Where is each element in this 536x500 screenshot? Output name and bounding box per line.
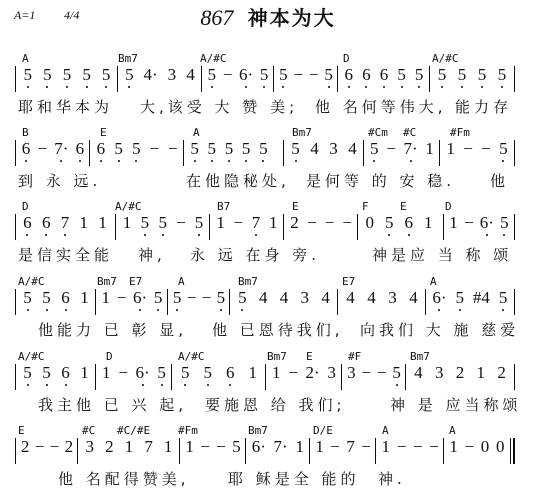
measure: 655−−	[92, 138, 182, 166]
note: 4	[367, 287, 376, 309]
note-row: 66711155−51−712−−−05611−6·5	[0, 212, 536, 242]
note: −	[118, 362, 128, 384]
note: 1	[315, 436, 324, 458]
barline	[229, 289, 230, 315]
measure: 155−5	[118, 212, 208, 240]
measure: 0561	[360, 212, 438, 240]
note: −	[413, 436, 423, 458]
note: 0	[496, 436, 505, 458]
note: 1	[269, 212, 278, 234]
lyric-row: 他能力 已 彰 显,他 已恩待我们,向我们 大 施 慈爱	[0, 319, 536, 343]
note: 5	[62, 64, 71, 86]
measure: 5561	[174, 362, 264, 390]
note: 1	[216, 212, 225, 234]
lyric-text: 到 永 远.	[18, 170, 101, 191]
score-line: ABm7A/#CDA/#C5555554·345−6·55−−566655555…	[0, 52, 536, 127]
barline	[95, 289, 96, 315]
note: 5	[385, 212, 394, 234]
note: 5	[324, 64, 333, 86]
note: 5	[140, 212, 149, 234]
note: 5	[114, 138, 123, 160]
note: −	[223, 64, 233, 86]
score-line: DA/#CB7EFED66711155−51−712−−−05611−6·5是信…	[0, 200, 536, 275]
note: 5	[82, 64, 91, 86]
note: 2	[105, 436, 114, 458]
barline	[115, 214, 116, 240]
note: −	[325, 212, 335, 234]
note-row: 55611−6·555611−2·33−−543212	[0, 362, 536, 392]
song-title: 867 神本为大	[0, 2, 536, 31]
lyric-text: 他能力 已 彰 显,	[38, 319, 187, 340]
note: 7	[346, 436, 355, 458]
score-line: A/#CBm7E7ABm7E7A55611−6·55−−55443444346·…	[0, 275, 536, 350]
song-name: 神本为大	[248, 6, 336, 30]
measure: 5561	[18, 287, 94, 315]
barline	[89, 140, 90, 166]
note: 6	[42, 212, 51, 234]
barline	[15, 214, 16, 240]
note: −	[200, 436, 210, 458]
note: 1	[98, 212, 107, 234]
note: 5	[132, 138, 141, 160]
note: 6	[75, 138, 84, 160]
barline	[337, 66, 338, 92]
note: 5	[279, 64, 288, 86]
note: −	[463, 138, 473, 160]
barline	[15, 66, 16, 92]
lyric-text: 耶和华本为	[18, 96, 113, 117]
note: −	[481, 138, 491, 160]
lyric-text: 他	[490, 170, 509, 191]
note: 2	[455, 362, 464, 384]
note: 6	[344, 64, 353, 86]
note: −	[309, 64, 319, 86]
note: 5	[154, 287, 163, 309]
barline	[201, 66, 202, 92]
note: 5	[203, 362, 212, 384]
note: 7	[144, 436, 153, 458]
note: 3	[85, 436, 94, 458]
note: 3	[167, 64, 176, 86]
note: −	[38, 138, 48, 160]
barline	[167, 289, 168, 315]
barline	[77, 438, 78, 464]
note: 5	[478, 64, 487, 86]
note: −	[35, 436, 45, 458]
note: −	[464, 212, 474, 234]
measure: 1−−−	[378, 436, 442, 464]
song-number: 867	[200, 5, 233, 30]
score-line: BEABm7#Cm#C#Fm6−7·6655−−5555554345−7·11−…	[0, 126, 536, 201]
note: 7·	[403, 138, 417, 160]
measure: 55555	[18, 64, 116, 92]
note: 2	[21, 436, 30, 458]
note: 5	[43, 64, 52, 86]
note: 5	[500, 212, 509, 234]
measure: 3−−5	[344, 362, 404, 390]
note: 5	[392, 362, 401, 384]
barline	[514, 289, 515, 315]
note: 5	[232, 436, 241, 458]
measure: 1−−5	[442, 138, 512, 166]
barline	[209, 214, 210, 240]
barline	[309, 438, 310, 464]
note: 1	[449, 436, 458, 458]
note: 4	[346, 287, 355, 309]
note: 5	[397, 64, 406, 86]
measure: 5555	[432, 64, 512, 92]
note: 7	[60, 212, 69, 234]
note: 4	[409, 287, 418, 309]
measure: 1−00	[446, 436, 508, 464]
barline	[443, 438, 444, 464]
note: 2·	[305, 362, 319, 384]
measure: 1−2·3	[268, 362, 340, 390]
barline	[15, 364, 16, 390]
lyric-text: 大,该受 大 赞 美;	[140, 96, 298, 117]
measure: 4434	[340, 287, 424, 315]
note: −	[187, 287, 197, 309]
note: 5	[23, 287, 32, 309]
lyric-text: 是信实全能	[18, 244, 113, 265]
barline	[183, 140, 184, 166]
measure: 5561	[18, 362, 94, 390]
note: 6·	[432, 287, 446, 309]
barline	[117, 66, 118, 92]
lyric-text: 他 已恩待我们,	[212, 319, 344, 340]
note: 5	[260, 64, 269, 86]
note: 1	[449, 212, 458, 234]
measure: 5−7·1	[366, 138, 438, 166]
barline	[405, 364, 406, 390]
final-barline	[510, 438, 515, 464]
barline	[429, 66, 430, 92]
note: −	[342, 212, 352, 234]
score-line: A/#CDA/#CBm7E#FBm755611−6·555611−2·33−−5…	[0, 350, 536, 425]
lyric-text: 神,	[138, 244, 166, 265]
barline	[439, 140, 440, 166]
note: 7·	[273, 436, 287, 458]
note-row: 6−7·6655−−5555554345−7·11−−5	[0, 138, 536, 168]
note: −	[176, 212, 186, 234]
note: 5	[158, 212, 167, 234]
measure: 66655	[340, 64, 428, 92]
note: 5	[157, 362, 166, 384]
note: 5	[370, 138, 379, 160]
note: −	[117, 287, 127, 309]
note: −	[377, 362, 387, 384]
note: 7·	[54, 138, 68, 160]
barline	[514, 214, 515, 240]
note: 6	[404, 212, 413, 234]
note: 1	[248, 362, 257, 384]
note: −	[361, 436, 371, 458]
lyric-text: 神.	[378, 468, 406, 489]
barline	[265, 364, 266, 390]
lyric-text: 向我们 大 施 慈爱	[360, 319, 519, 340]
note: 6	[362, 64, 371, 86]
measure: 66711	[18, 212, 112, 240]
lyric-text: 永 远 在身 旁.	[190, 244, 320, 265]
note: 5	[181, 362, 190, 384]
measure: 54434	[232, 287, 336, 315]
measure: 55555	[186, 138, 272, 166]
note: 5	[238, 287, 247, 309]
lyric-text: 我主他 已 兴 起,	[38, 394, 187, 415]
note: 3	[435, 362, 444, 384]
note: 5	[195, 212, 204, 234]
barline	[375, 438, 376, 464]
barline	[341, 364, 342, 390]
note: 1	[80, 287, 89, 309]
barline	[15, 438, 16, 464]
lyric-row: 我主他 已 兴 起,要施恩 给 我们;神 是 应当称颂	[0, 394, 536, 418]
note: 4	[310, 138, 319, 160]
note: 1	[79, 212, 88, 234]
note: −	[386, 138, 396, 160]
measure: 1−6·5	[98, 362, 170, 390]
lyric-text: 他 名何等伟大,	[315, 96, 447, 117]
barline	[283, 140, 284, 166]
note: 5	[42, 287, 51, 309]
lyric-row: 是信实全能神,永 远 在身 旁.神是应 当 称 颂	[0, 244, 536, 268]
note: −	[362, 362, 372, 384]
note-row: 2−−2321711−−56·7·11−7−1−−−1−00	[0, 436, 536, 466]
note: 6	[96, 138, 105, 160]
measure: 1−6·5	[98, 287, 166, 315]
barline	[363, 140, 364, 166]
note-row: 55611−6·55−−55443444346·5#45	[0, 287, 536, 317]
note: −	[330, 436, 340, 458]
measure: 54·34	[120, 64, 200, 92]
note: 4	[186, 64, 195, 86]
barline	[357, 214, 358, 240]
note: 4·	[144, 64, 158, 86]
lyric-text: 是何等 的 安 稳.	[306, 170, 455, 191]
note: 5	[207, 64, 216, 86]
note: 5	[499, 287, 508, 309]
note: −	[234, 212, 244, 234]
note: 1	[424, 212, 433, 234]
note: 5	[458, 64, 467, 86]
note: 2	[290, 212, 299, 234]
note: 1	[381, 436, 390, 458]
note: 1	[124, 436, 133, 458]
note: 2	[497, 362, 506, 384]
note: 5	[23, 64, 32, 86]
barline	[283, 214, 284, 240]
note: 6	[22, 138, 31, 160]
measure: 5−−5	[170, 287, 228, 315]
measure: 5434	[286, 138, 362, 166]
note: 1	[164, 436, 173, 458]
note: 1	[122, 212, 131, 234]
lyric-row: 到 永 远.在他隐秘处,是何等 的 安 稳.他	[0, 170, 536, 194]
barline	[95, 364, 96, 390]
score-line: E#C#C/#E#FmBm7D/EAA2−−2321711−−56·7·11−7…	[0, 424, 536, 499]
lyric-text: 他 名配得赞美,	[58, 468, 190, 489]
note: 7	[251, 212, 260, 234]
note: 5	[291, 138, 300, 160]
measure: 6·5#45	[428, 287, 512, 315]
measure: 6−7·6	[18, 138, 88, 166]
measure: 1−71	[212, 212, 282, 240]
note: 5	[23, 362, 32, 384]
note: 5	[102, 64, 111, 86]
note: 4	[321, 287, 330, 309]
barline	[514, 364, 515, 390]
note: 4	[414, 362, 423, 384]
lyric-text: 耶 稣是全 能的	[228, 468, 360, 489]
note: 5	[455, 287, 464, 309]
note: 1	[295, 436, 304, 458]
note: 1	[272, 362, 281, 384]
note: 5	[224, 138, 233, 160]
note: 5	[259, 138, 268, 160]
note: 3	[327, 362, 336, 384]
note: 6·	[480, 212, 494, 234]
note: 5	[415, 64, 424, 86]
note: 4	[348, 138, 357, 160]
note: 6	[226, 362, 235, 384]
measure: 6·7·1	[248, 436, 308, 464]
note: 5	[42, 362, 51, 384]
note: 5	[499, 138, 508, 160]
note: 3	[347, 362, 356, 384]
note: 6	[61, 362, 70, 384]
barline	[337, 289, 338, 315]
note: 3	[300, 287, 309, 309]
note: 1	[80, 362, 89, 384]
note: −	[288, 362, 298, 384]
note: 4	[279, 287, 288, 309]
barline	[273, 66, 274, 92]
note: 5	[190, 138, 199, 160]
note: 0	[480, 436, 489, 458]
note: −	[50, 436, 60, 458]
note: 1	[101, 287, 110, 309]
barline	[179, 438, 180, 464]
measure: 5−−5	[276, 64, 336, 92]
note: 6	[379, 64, 388, 86]
note: 6·	[239, 64, 253, 86]
note: 0	[365, 212, 374, 234]
barline	[514, 140, 515, 166]
note: 5	[498, 64, 507, 86]
note: −	[294, 64, 304, 86]
note: 6	[23, 212, 32, 234]
note: 1	[476, 362, 485, 384]
note-row: 5555554·345−6·55−−5666555555	[0, 64, 536, 94]
note: 6·	[133, 287, 147, 309]
note: −	[429, 436, 439, 458]
note: −	[216, 436, 226, 458]
measure: 43212	[408, 362, 512, 390]
measure: 32171	[80, 436, 178, 464]
lyric-text: 在他隐秘处,	[186, 170, 290, 191]
measure: 1−−5	[182, 436, 244, 464]
measure: 2−−−	[286, 212, 356, 240]
note: 6·	[252, 436, 266, 458]
note: 1	[425, 138, 434, 160]
note: 2	[64, 436, 73, 458]
note: −	[168, 138, 178, 160]
barline	[171, 364, 172, 390]
measure: 1−7−	[312, 436, 374, 464]
note: 3	[329, 138, 338, 160]
note: 1	[102, 362, 111, 384]
barline	[245, 438, 246, 464]
note: 5	[216, 287, 225, 309]
lyric-text: 神是应 当 称 颂	[372, 244, 512, 265]
measure: 5−6·5	[204, 64, 272, 92]
lyric-text: 神 是 应当称颂	[390, 394, 522, 415]
barline	[514, 66, 515, 92]
note: 6	[61, 287, 70, 309]
note: 5	[438, 64, 447, 86]
barline	[425, 289, 426, 315]
note: 1	[446, 138, 455, 160]
note: 5	[125, 64, 134, 86]
barline	[15, 140, 16, 166]
note: 6·	[135, 362, 149, 384]
lyric-row: 耶和华本为大,该受 大 赞 美;他 名何等伟大,能力存	[0, 96, 536, 120]
note: −	[307, 212, 317, 234]
note: 5	[242, 138, 251, 160]
note: −	[465, 436, 475, 458]
barline	[443, 214, 444, 240]
note: 3	[388, 287, 397, 309]
note: #4	[473, 287, 490, 309]
note: 5	[173, 287, 182, 309]
lyric-row: 他 名配得赞美,耶 稣是全 能的神.	[0, 468, 536, 492]
note: −	[150, 138, 160, 160]
measure: 1−6·5	[446, 212, 512, 240]
barline	[15, 289, 16, 315]
measure: 2−−2	[18, 436, 76, 464]
lyric-text: 能力存	[455, 96, 512, 117]
note: −	[202, 287, 212, 309]
note: 4	[259, 287, 268, 309]
note: −	[397, 436, 407, 458]
lyric-text: 要施恩 给 我们;	[205, 394, 346, 415]
note: 5	[207, 138, 216, 160]
note: 1	[185, 436, 194, 458]
